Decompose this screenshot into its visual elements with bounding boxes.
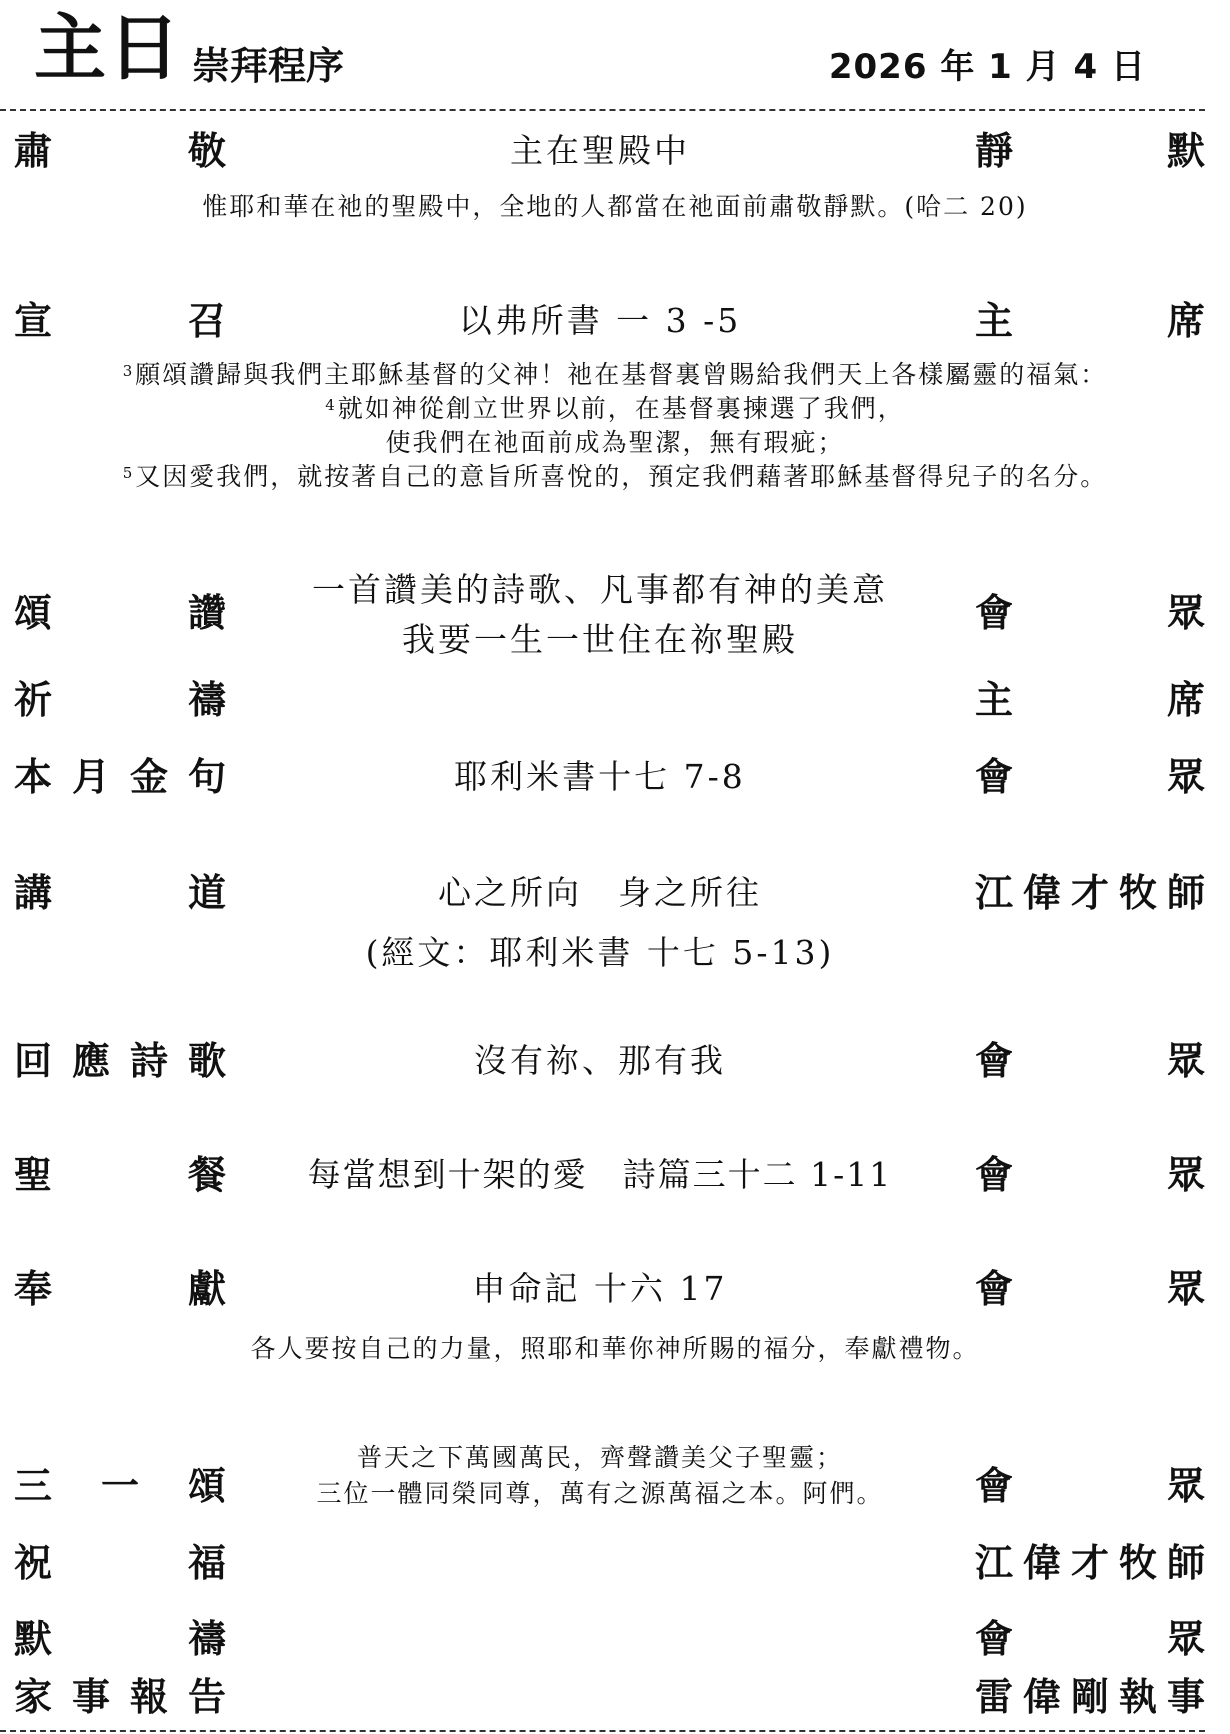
program-label: 回應詩歌	[14, 1038, 226, 1084]
program-content: 以弗所書 一 3 -5	[240, 298, 960, 344]
program-leader: 主席	[975, 298, 1205, 344]
program-label: 三一頌	[14, 1463, 226, 1509]
sermon-title: 心之所向 身之所往	[240, 870, 960, 916]
doxology-line: 普天之下萬國萬民，齊聲讚美父子聖靈；	[240, 1440, 960, 1476]
program-label: 聖餐	[14, 1152, 226, 1198]
program-leader: 靜默	[975, 128, 1205, 174]
verse-number: 4	[325, 396, 335, 414]
bulletin-header: 主日 崇拜程序 2026 年 1 月 4 日	[0, 0, 1230, 112]
hymn-title: 我要一生一世住在祢聖殿	[240, 615, 960, 665]
program-label: 本月金句	[14, 754, 226, 800]
program-leader: 會眾	[975, 1463, 1205, 1509]
program-leader: 主席	[975, 677, 1205, 723]
program-label: 肅敬	[14, 128, 226, 174]
program-label: 宣召	[14, 298, 226, 344]
verse-number: 5	[123, 464, 133, 482]
program-content: 申命記 十六 17	[240, 1266, 960, 1312]
bottom-divider	[0, 1730, 1205, 1732]
program-leader: 會眾	[975, 1616, 1205, 1662]
doxology-text: 普天之下萬國萬民，齊聲讚美父子聖靈； 三位一體同榮同尊，萬有之源萬福之本。阿們。	[240, 1440, 960, 1512]
title-main: 主日	[34, 8, 182, 88]
verse-line: 4就如神從創立世界以前，在基督裏揀選了我們，	[0, 392, 1230, 426]
program-label: 祈禱	[14, 677, 226, 723]
program-leader: 會眾	[975, 1152, 1205, 1198]
doxology-line: 三位一體同榮同尊，萬有之源萬福之本。阿們。	[240, 1476, 960, 1512]
program-leader: 江偉才牧師	[975, 870, 1205, 916]
verse-line: 使我們在祂面前成為聖潔，無有瑕疵；	[0, 426, 1230, 460]
program-leader: 會眾	[975, 590, 1205, 636]
program-label: 奉獻	[14, 1266, 226, 1312]
hymn-title: 一首讚美的詩歌、凡事都有神的美意	[240, 565, 960, 615]
program-content: 沒有祢、那有我	[240, 1038, 960, 1084]
service-date: 2026 年 1 月 4 日	[829, 46, 1146, 88]
program-label: 祝福	[14, 1540, 226, 1586]
program-label: 默禱	[14, 1616, 226, 1662]
program-content: 每當想到十架的愛 詩篇三十二 1-11	[240, 1152, 960, 1198]
program-leader: 會眾	[975, 1038, 1205, 1084]
program-label: 頌讚	[14, 590, 226, 636]
program-label: 家事報告	[14, 1674, 226, 1720]
scripture-passage: 3願頌讚歸與我們主耶穌基督的父神！祂在基督裏曾賜給我們天上各樣屬靈的福氣： 4就…	[0, 358, 1230, 494]
verse-line: 5又因愛我們，就按著自己的意旨所喜悅的，預定我們藉著耶穌基督得兒子的名分。	[0, 460, 1230, 494]
sermon-scripture: (經文：耶利米書 十七 5-13)	[240, 930, 960, 976]
program-leader: 會眾	[975, 1266, 1205, 1312]
program-leader: 雷偉剛執事	[975, 1674, 1205, 1720]
program-leader: 會眾	[975, 754, 1205, 800]
program-content: 耶利米書十七 7-8	[240, 754, 960, 800]
program-note: 各人要按自己的力量，照耶和華你神所賜的福分，奉獻禮物。	[0, 1332, 1230, 1366]
program-content: 主在聖殿中	[240, 128, 960, 174]
verse-line: 3願頌讚歸與我們主耶穌基督的父神！祂在基督裏曾賜給我們天上各樣屬靈的福氣：	[0, 358, 1230, 392]
verse-number: 3	[123, 362, 133, 380]
program-content: 一首讚美的詩歌、凡事都有神的美意 我要一生一世住在祢聖殿	[240, 565, 960, 665]
program-leader: 江偉才牧師	[975, 1540, 1205, 1586]
top-divider	[0, 109, 1205, 111]
program-note: 惟耶和華在祂的聖殿中，全地的人都當在祂面前肅敬靜默。(哈二 20)	[0, 190, 1230, 224]
program-label: 講道	[14, 870, 226, 916]
title-sub: 崇拜程序	[192, 44, 344, 88]
